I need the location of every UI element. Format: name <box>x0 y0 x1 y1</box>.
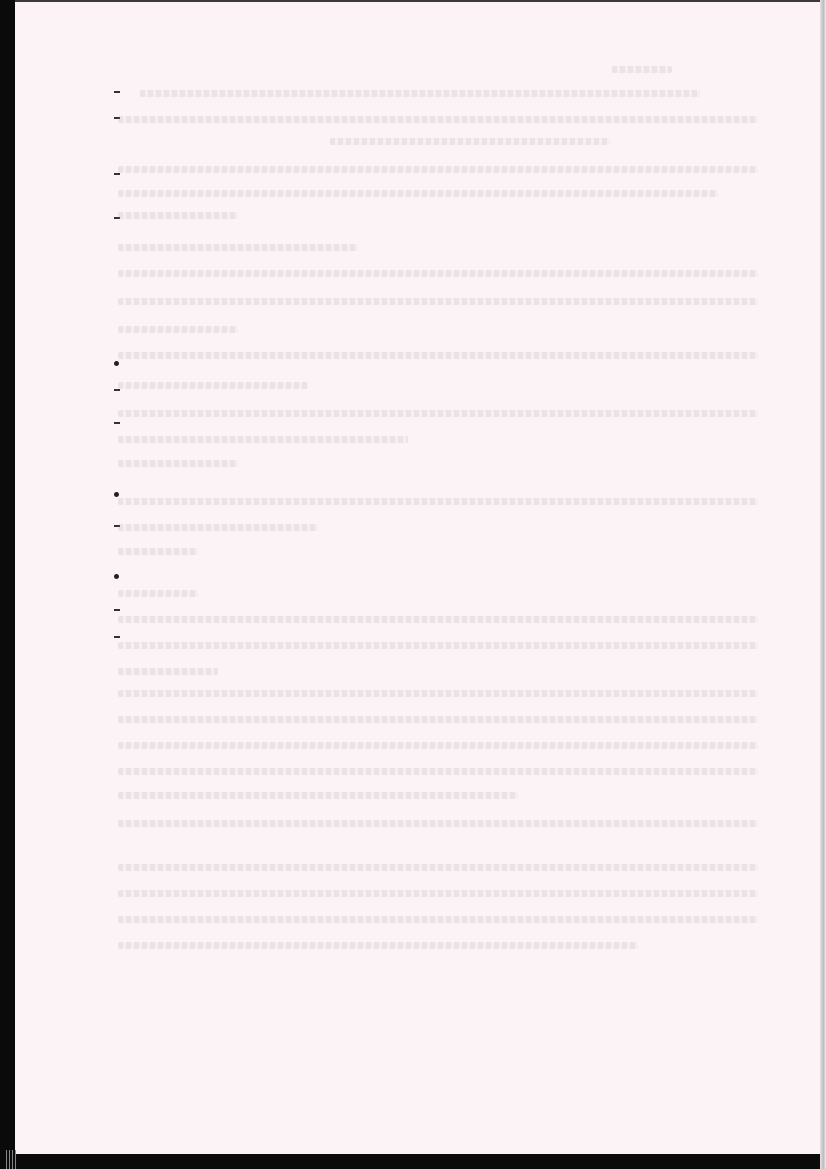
show-through-line <box>118 326 238 333</box>
show-through-line <box>118 864 758 871</box>
show-through-line <box>118 548 198 555</box>
show-through-line <box>118 244 358 251</box>
show-through-line <box>118 668 218 675</box>
show-through-line <box>118 270 758 277</box>
show-through-line <box>118 916 758 923</box>
bullet-dot <box>114 358 119 366</box>
show-through-line <box>118 642 758 649</box>
show-through-line <box>118 212 238 219</box>
show-through-line <box>118 690 758 697</box>
bullet-dash <box>114 631 120 638</box>
bullet-dot <box>114 489 119 497</box>
show-through-line <box>118 352 758 359</box>
show-through-line <box>118 616 758 623</box>
show-through-line <box>612 66 672 73</box>
show-through-line <box>118 942 638 949</box>
show-through-line <box>118 716 758 723</box>
paper-sheet <box>15 2 820 1154</box>
show-through-line <box>118 742 758 749</box>
show-through-line <box>118 498 758 505</box>
scan-right-border <box>820 0 826 1169</box>
show-through-line <box>118 166 758 173</box>
show-through-line <box>118 298 758 305</box>
bullet-dash <box>114 86 120 93</box>
show-through-line <box>140 90 700 97</box>
show-through-line <box>118 436 408 443</box>
bullet-dash <box>114 417 120 424</box>
show-through-line <box>118 382 308 389</box>
scan-artifact <box>6 1150 16 1169</box>
show-through-line <box>118 190 718 197</box>
show-through-line <box>118 768 758 775</box>
show-through-line <box>118 820 758 827</box>
bullet-dot <box>114 571 119 579</box>
show-through-line <box>118 460 238 467</box>
show-through-line <box>118 890 758 897</box>
show-through-line <box>118 410 758 417</box>
bullet-dash <box>114 604 120 611</box>
show-through-line <box>330 138 610 145</box>
show-through-line <box>118 792 518 799</box>
show-through-line <box>118 524 318 531</box>
show-through-line <box>118 590 198 597</box>
show-through-line <box>118 116 758 123</box>
